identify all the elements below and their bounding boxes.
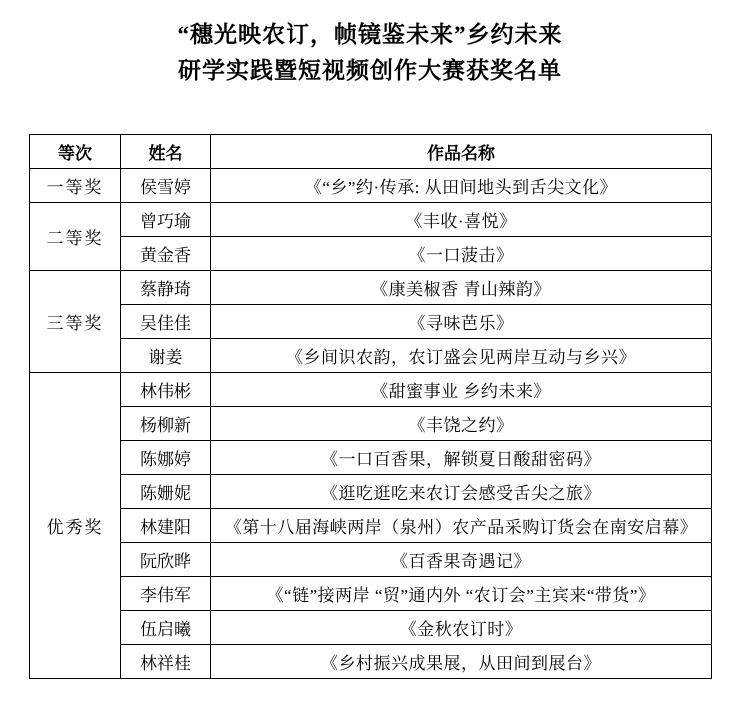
table-row: 一等奖 侯雪婷 《“乡”约·传承: 从田间地头到舌尖文化》 [30,169,712,203]
work-cell: 《乡间识农韵，农订盛会见两岸互动与乡兴》 [211,339,712,373]
header-rank: 等次 [30,135,121,169]
page-title-line1: “穗光映农订，帧镜鉴未来”乡约未来 [0,17,740,53]
table-row: 杨柳新 《丰饶之约》 [30,407,712,441]
work-cell: 《“链”接两岸 “贸”通内外 “农订会”主宾来“带货”》 [211,577,712,611]
document-page: “穗光映农订，帧镜鉴未来”乡约未来 研学实践暨短视频创作大赛获奖名单 等次 姓名… [0,0,740,714]
work-cell: 《一口菠击》 [211,237,712,271]
work-cell: 《逛吃逛吃来农订会感受舌尖之旅》 [211,475,712,509]
work-cell: 《“乡”约·传承: 从田间地头到舌尖文化》 [211,169,712,203]
table-row: 三等奖 蔡静琦 《康美椒香 青山辣韵》 [30,271,712,305]
work-cell: 《甜蜜事业 乡约未来》 [211,373,712,407]
work-cell: 《乡村振兴成果展，从田间到展台》 [211,645,712,679]
table-row: 林建阳 《第十八届海峡两岸（泉州）农产品采购订货会在南安启幕》 [30,509,712,543]
rank-cell-excellence-prize: 优秀奖 [30,373,121,679]
page-title: “穗光映农订，帧镜鉴未来”乡约未来 研学实践暨短视频创作大赛获奖名单 [0,17,740,89]
name-cell: 黄金香 [121,237,211,271]
work-cell: 《丰收·喜悦》 [211,203,712,237]
name-cell: 曾巧瑜 [121,203,211,237]
rank-cell-first-prize: 一等奖 [30,169,121,203]
name-cell: 林祥桂 [121,645,211,679]
award-table: 等次 姓名 作品名称 一等奖 侯雪婷 《“乡”约·传承: 从田间地头到舌尖文化》… [29,134,712,679]
rank-cell-third-prize: 三等奖 [30,271,121,373]
name-cell: 吴佳佳 [121,305,211,339]
work-cell: 《一口百香果，解锁夏日酸甜密码》 [211,441,712,475]
name-cell: 蔡静琦 [121,271,211,305]
table-row: 二等奖 曾巧瑜 《丰收·喜悦》 [30,203,712,237]
table-row: 陈姗妮 《逛吃逛吃来农订会感受舌尖之旅》 [30,475,712,509]
header-work: 作品名称 [211,135,712,169]
table-row: 吴佳佳 《寻味芭乐》 [30,305,712,339]
work-cell: 《第十八届海峡两岸（泉州）农产品采购订货会在南安启幕》 [211,509,712,543]
table-header-row: 等次 姓名 作品名称 [30,135,712,169]
name-cell: 伍启曦 [121,611,211,645]
name-cell: 杨柳新 [121,407,211,441]
name-cell: 侯雪婷 [121,169,211,203]
table-row: 伍启曦 《金秋农订时》 [30,611,712,645]
work-cell: 《金秋农订时》 [211,611,712,645]
page-title-line2: 研学实践暨短视频创作大赛获奖名单 [0,53,740,89]
name-cell: 陈姗妮 [121,475,211,509]
table-row: 阮欣晔 《百香果奇遇记》 [30,543,712,577]
work-cell: 《寻味芭乐》 [211,305,712,339]
name-cell: 李伟军 [121,577,211,611]
name-cell: 林建阳 [121,509,211,543]
table-row: 谢姜 《乡间识农韵，农订盛会见两岸互动与乡兴》 [30,339,712,373]
work-cell: 《百香果奇遇记》 [211,543,712,577]
name-cell: 谢姜 [121,339,211,373]
name-cell: 陈娜婷 [121,441,211,475]
table-row: 林祥桂 《乡村振兴成果展，从田间到展台》 [30,645,712,679]
table-row: 李伟军 《“链”接两岸 “贸”通内外 “农订会”主宾来“带货”》 [30,577,712,611]
work-cell: 《康美椒香 青山辣韵》 [211,271,712,305]
header-name: 姓名 [121,135,211,169]
work-cell: 《丰饶之约》 [211,407,712,441]
table-row: 陈娜婷 《一口百香果，解锁夏日酸甜密码》 [30,441,712,475]
name-cell: 林伟彬 [121,373,211,407]
rank-cell-second-prize: 二等奖 [30,203,121,271]
table-row: 黄金香 《一口菠击》 [30,237,712,271]
table-row: 优秀奖 林伟彬 《甜蜜事业 乡约未来》 [30,373,712,407]
name-cell: 阮欣晔 [121,543,211,577]
